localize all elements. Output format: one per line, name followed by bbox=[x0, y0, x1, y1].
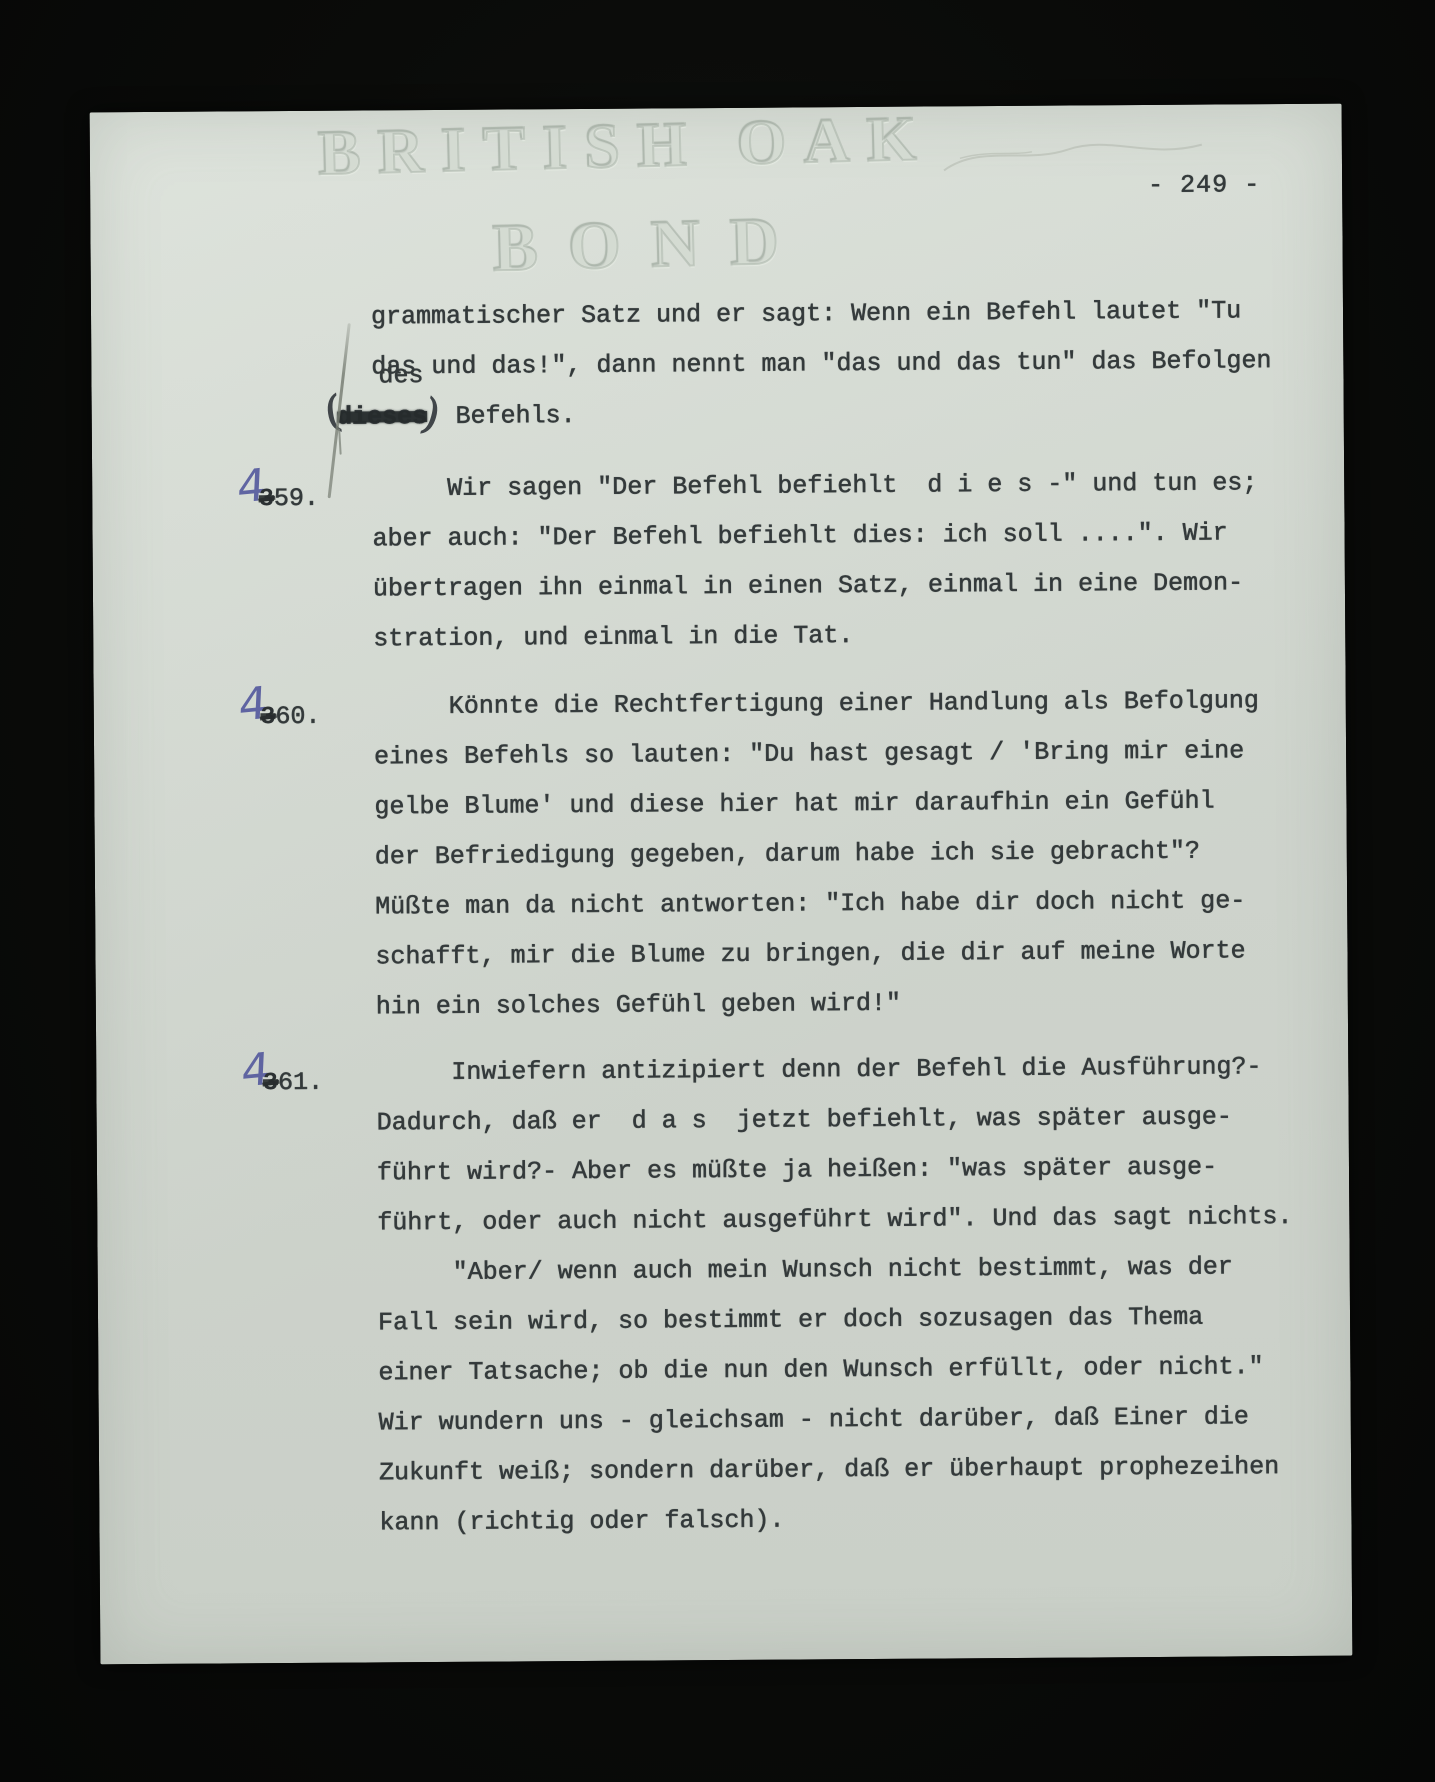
typed-line: einer Tatsache; ob die nun den Wunsch er… bbox=[378, 1342, 1293, 1398]
page-number: - 249 - bbox=[1148, 170, 1260, 200]
typed-line: Dadurch, daß er d a s jetzt befiehlt, wa… bbox=[376, 1092, 1291, 1148]
struck-typed-digit: 3 bbox=[259, 484, 274, 513]
section-459: 4359. Wir sagen "Der Befehl befiehlt d i… bbox=[372, 458, 1259, 664]
section-461: 4361. Inwiefern antizipiert denn der Bef… bbox=[376, 1042, 1295, 1548]
typed-line: das und das!", dann nennt man "das und d… bbox=[371, 336, 1271, 392]
typed-line: Zukunft weiß; sondern darüber, daß er üb… bbox=[379, 1442, 1294, 1498]
typed-line: führt wird?- Aber es müßte ja heißen: "w… bbox=[377, 1142, 1292, 1198]
scan-background: BRITISH OAK BOND - 249 - grammatischer S… bbox=[0, 0, 1435, 1782]
typed-line: "Aber/ wenn auch mein Wunsch nicht besti… bbox=[378, 1242, 1293, 1298]
typed-line: Müßte man da nicht antworten: "Ich habe … bbox=[375, 876, 1260, 932]
inserted-word-des: des bbox=[378, 363, 423, 389]
typed-line: der Befriedigung gegeben, darum habe ich… bbox=[375, 826, 1260, 882]
typed-line: Fall sein wird, so bestimmt er doch sozu… bbox=[378, 1292, 1293, 1348]
typed-line: hin ein solches Gefühl geben wird!" bbox=[376, 976, 1261, 1032]
typed-line: Wir wundern uns - gleichsam - nicht darü… bbox=[379, 1392, 1294, 1448]
typed-line: führt, oder auch nicht ausgeführt wird".… bbox=[377, 1192, 1292, 1248]
typed-number: 60. bbox=[275, 702, 320, 731]
section-number: 4361. bbox=[241, 1049, 323, 1100]
typed-line: stration, und einmal in die Tat. bbox=[373, 608, 1258, 664]
typed-line: eines Befehls so lauten: "Du hast gesagt… bbox=[374, 726, 1259, 782]
typed-line: Wir sagen "Der Befehl befiehlt d i e s -… bbox=[372, 458, 1257, 514]
typed-line: aber auch: "Der Befehl befiehlt dies: ic… bbox=[372, 508, 1257, 564]
typed-number: 59. bbox=[274, 484, 319, 513]
intro-tail-befehls: Befehls. bbox=[455, 401, 575, 431]
typescript-page: BRITISH OAK BOND - 249 - grammatischer S… bbox=[90, 104, 1353, 1665]
typed-line: Inwiefern antizipiert denn der Befehl di… bbox=[376, 1042, 1291, 1098]
correction-area: ( dieses ) Befehls. bbox=[325, 390, 576, 428]
section-number: 4359. bbox=[237, 465, 319, 516]
struck-word-dieses: dieses bbox=[337, 402, 427, 432]
watermark-british-oak: BRITISH OAK bbox=[317, 101, 934, 190]
typed-line: übertragen ihn einmal in einen Satz, ein… bbox=[373, 558, 1258, 614]
section-460: 4360. Könnte die Rechtfertigung einer Ha… bbox=[374, 676, 1262, 1032]
watermark-bond: BOND bbox=[492, 201, 810, 288]
struck-typed-digit: 3 bbox=[263, 1068, 278, 1097]
typed-line: kann (richtig oder falsch). bbox=[379, 1492, 1294, 1548]
typed-number: 61. bbox=[278, 1068, 323, 1097]
typed-line: gelbe Blume' und diese hier hat mir dara… bbox=[374, 776, 1259, 832]
struck-typed-digit: 3 bbox=[260, 702, 275, 731]
typed-line: Könnte die Rechtfertigung einer Handlung… bbox=[374, 676, 1259, 732]
intro-paragraph: grammatischer Satz und er sagt: Wenn ein… bbox=[371, 286, 1272, 392]
typed-line: schafft, mir die Blume zu bringen, die d… bbox=[375, 926, 1260, 982]
typed-line: grammatischer Satz und er sagt: Wenn ein… bbox=[371, 286, 1271, 342]
section-number: 4360. bbox=[239, 683, 321, 734]
